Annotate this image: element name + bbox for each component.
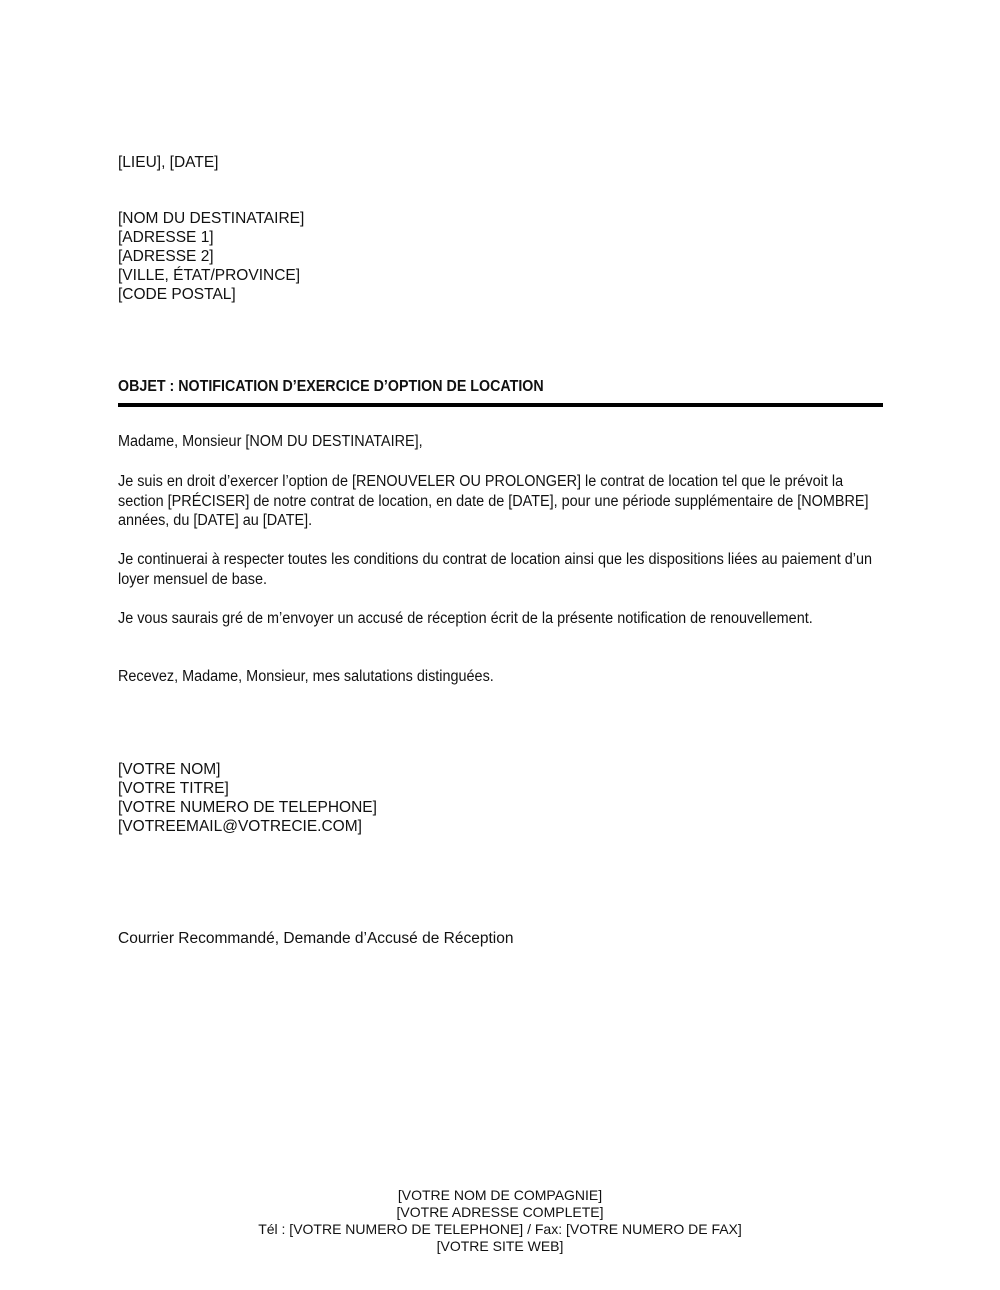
recipient-address-2: [ADRESSE 2] [118,247,304,266]
recipient-postal-code: [CODE POSTAL] [118,285,304,304]
letterhead-footer: [VOTRE NOM DE COMPAGNIE] [VOTRE ADRESSE … [0,1187,1000,1255]
body-paragraph-2: Je continuerai à respecter toutes les co… [118,550,882,589]
footer-contact: Tél : [VOTRE NUMERO DE TELEPHONE] / Fax:… [0,1221,1000,1238]
recipient-city-state: [VILLE, ÉTAT/PROVINCE] [118,266,304,285]
signature-phone: [VOTRE NUMERO DE TELEPHONE] [118,798,377,817]
subject-divider [118,403,883,407]
body-paragraph-1: Je suis en droit d’exercer l’option de [… [118,472,882,531]
closing: Recevez, Madame, Monsieur, mes salutatio… [118,667,882,687]
footer-company: [VOTRE NOM DE COMPAGNIE] [0,1187,1000,1204]
signature-block: [VOTRE NOM] [VOTRE TITRE] [VOTRE NUMERO … [118,760,377,836]
salutation: Madame, Monsieur [NOM DU DESTINATAIRE], [118,432,882,452]
signature-title: [VOTRE TITRE] [118,779,377,798]
footer-address: [VOTRE ADRESSE COMPLETE] [0,1204,1000,1221]
place-date: [LIEU], [DATE] [118,153,219,172]
footer-website: [VOTRE SITE WEB] [0,1238,1000,1255]
recipient-block: [NOM DU DESTINATAIRE] [ADRESSE 1] [ADRES… [118,209,304,304]
signature-name: [VOTRE NOM] [118,760,377,779]
subject-line: OBJET : NOTIFICATION D’EXERCICE D’OPTION… [118,378,544,396]
signature-email: [VOTREEMAIL@VOTRECIE.COM] [118,817,377,836]
body-paragraph-3: Je vous saurais gré de m’envoyer un accu… [118,609,882,629]
letter-page: [LIEU], [DATE] [NOM DU DESTINATAIRE] [AD… [0,0,1000,1290]
recipient-address-1: [ADRESSE 1] [118,228,304,247]
recipient-name: [NOM DU DESTINATAIRE] [118,209,304,228]
delivery-note: Courrier Recommandé, Demande d’Accusé de… [118,929,513,948]
